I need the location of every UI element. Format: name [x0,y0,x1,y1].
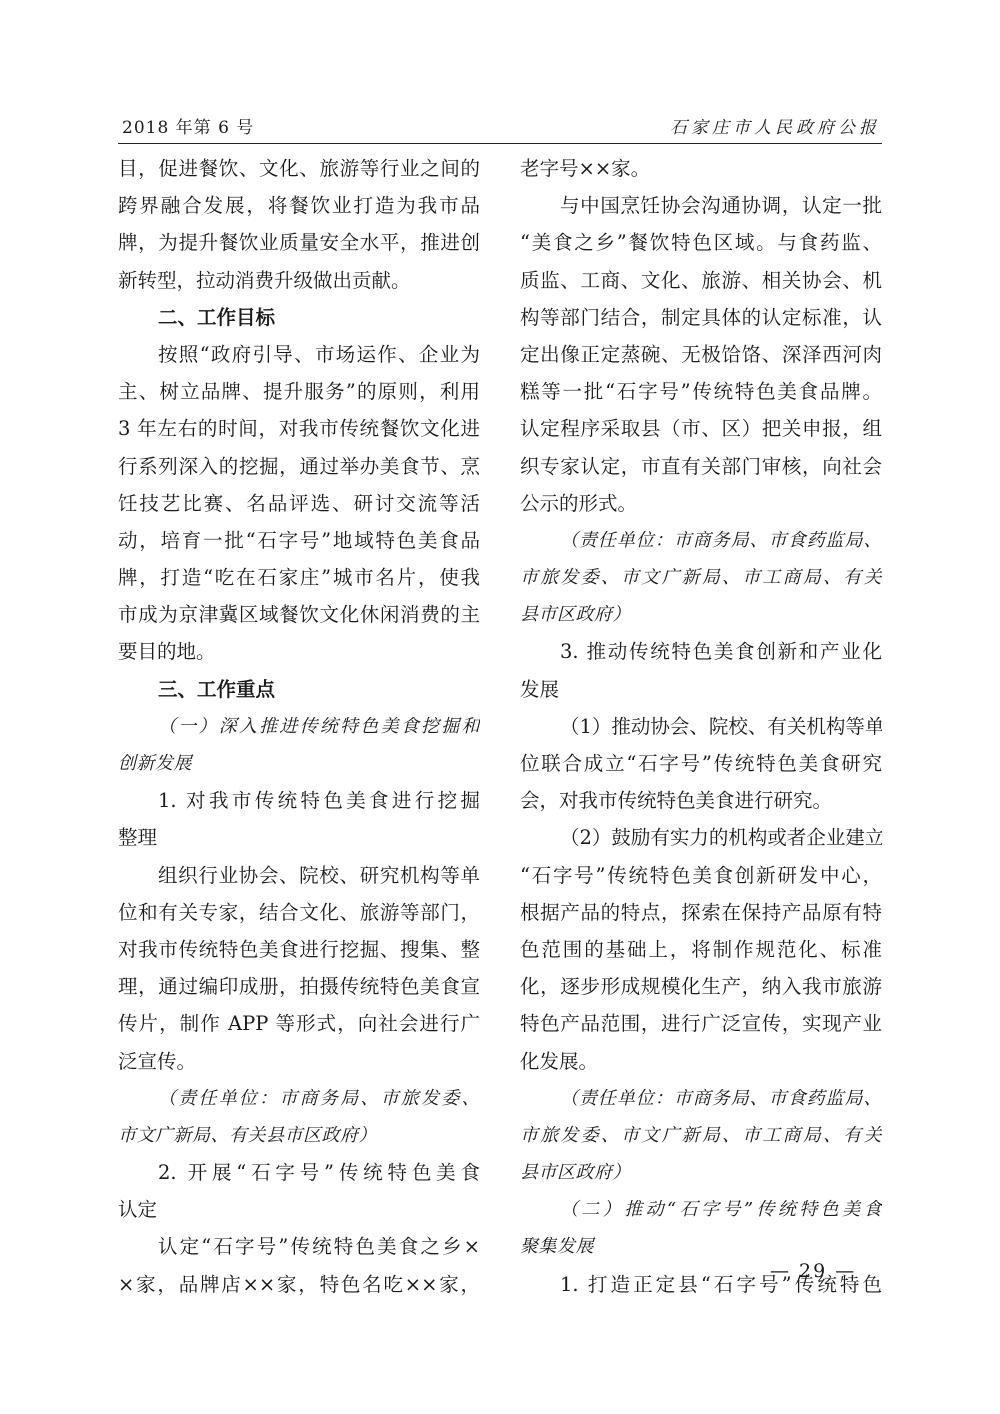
text-line: 牌，打造“吃在石家庄”城市名片，使我 [118,559,480,596]
text-line: （责任单位：市商务局、市食药监局、 [520,522,882,559]
text-line: 化发展。 [520,1043,882,1080]
text-line: 特色产品范围，进行广泛宣传，实现产业 [520,1005,882,1042]
text-line: 市旅发委、市文广新局、市工商局、有关 [520,559,882,596]
issue-label: 2018 年第 6 号 [122,113,254,138]
text-line: 老字号××家。 [520,150,882,187]
text-line: 泛宣传。 [118,1043,480,1080]
text-line: 公示的形式。 [520,485,882,522]
text-line: 发展 [520,671,882,708]
text-line: 会，对我市传统特色美食进行研究。 [520,782,882,819]
text-line: （1）推动协会、院校、有关机构等单 [520,708,882,745]
text-line: （责任单位：市商务局、市旅发委、 [118,1080,480,1117]
text-line: 行系列深入的挖掘，通过举办美食节、烹 [118,448,480,485]
text-line: ×家，品牌店××家，特色名吃××家， [118,1266,480,1303]
text-line: 县市区政府） [520,596,882,633]
text-line: 传片，制作 APP 等形式，向社会进行广 [118,1005,480,1042]
text-line: 新转型，拉动消费升级做出贡献。 [118,262,480,299]
right-column: 老字号××家。与中国烹饪协会沟通协调，认定一批“美食之乡”餐饮特色区域。与食药监… [520,150,882,1303]
text-line: 1. 对我市传统特色美食进行挖掘 [118,782,480,819]
text-line: 认定“石字号”传统特色美食之乡× [118,1228,480,1265]
text-line: 整理 [118,819,480,856]
text-line: 位联合成立“石字号”传统特色美食研究 [520,745,882,782]
text-line: “石字号”传统特色美食创新研发中心， [520,857,882,894]
text-line: 动，培育一批“石字号”地域特色美食品 [118,522,480,559]
text-line: 认定 [118,1191,480,1228]
text-line: 定出像正定蒸碗、无极饸饹、深泽西河肉 [520,336,882,373]
text-line: 按照“政府引导、市场运作、企业为 [118,336,480,373]
text-line: 糕等一批“石字号”传统特色美食品牌。 [520,373,882,410]
text-line: 织专家认定，市直有关部门审核，向社会 [520,448,882,485]
text-line: 对我市传统特色美食进行挖掘、搜集、整 [118,931,480,968]
text-line: （2）鼓励有实力的机构或者企业建立 [520,819,882,856]
text-line: 市旅发委、市文广新局、市工商局、有关 [520,1117,882,1154]
text-line: 创新发展 [118,745,480,782]
text-line: 根据产品的特点，探索在保持产品原有特 [520,894,882,931]
text-line: （责任单位：市商务局、市食药监局、 [520,1080,882,1117]
text-line: 质监、工商、文化、旅游、相关协会、机 [520,262,882,299]
text-line: 牌，为提升餐饮业质量安全水平，推进创 [118,224,480,261]
section-heading: 三、工作重点 [118,671,480,708]
text-line: “美食之乡”餐饮特色区域。与食药监、 [520,224,882,261]
text-line: 化，逐步形成规模化生产，纳入我市旅游 [520,968,882,1005]
text-line: 理，通过编印成册，拍摄传统特色美食宣 [118,968,480,1005]
text-line: 要目的地。 [118,633,480,670]
text-line: 跨界融合发展，将餐饮业打造为我市品 [118,187,480,224]
text-line: 主、树立品牌、提升服务”的原则，利用 [118,373,480,410]
text-line: 县市区政府） [520,1154,882,1191]
text-line: 2. 开展“石字号”传统特色美食 [118,1154,480,1191]
text-line: 饪技艺比赛、名品评选、研讨交流等活 [118,485,480,522]
publication-title: 石家庄市人民政府公报 [670,113,880,138]
text-line: 色范围的基础上，将制作规范化、标准 [520,931,882,968]
text-line: 与中国烹饪协会沟通协调，认定一批 [520,187,882,224]
text-line: 市文广新局、有关县市区政府） [118,1117,480,1154]
section-heading: 二、工作目标 [118,299,480,336]
text-line: 构等部门结合，制定具体的认定标准，认 [520,299,882,336]
text-line: 位和有关专家，结合文化、旅游等部门， [118,894,480,931]
left-column: 目，促进餐饮、文化、旅游等行业之间的跨界融合发展，将餐饮业打造为我市品牌，为提升… [118,150,480,1303]
header-rule [118,143,882,144]
running-header: 2018 年第 6 号 石家庄市人民政府公报 [118,113,882,141]
text-line: 3 年左右的时间，对我市传统餐饮文化进 [118,410,480,447]
text-line: （二）推动“石字号”传统特色美食 [520,1191,882,1228]
text-line: （一）深入推进传统特色美食挖掘和 [118,708,480,745]
text-line: 认定程序采取县（市、区）把关申报，组 [520,410,882,447]
text-line: 目，促进餐饮、文化、旅游等行业之间的 [118,150,480,187]
text-line: 3. 推动传统特色美食创新和产业化 [520,633,882,670]
text-line: 市成为京津冀区域餐饮文化休闲消费的主 [118,596,480,633]
text-line: 组织行业协会、院校、研究机构等单 [118,857,480,894]
page-number: — 29 — [770,1260,856,1282]
